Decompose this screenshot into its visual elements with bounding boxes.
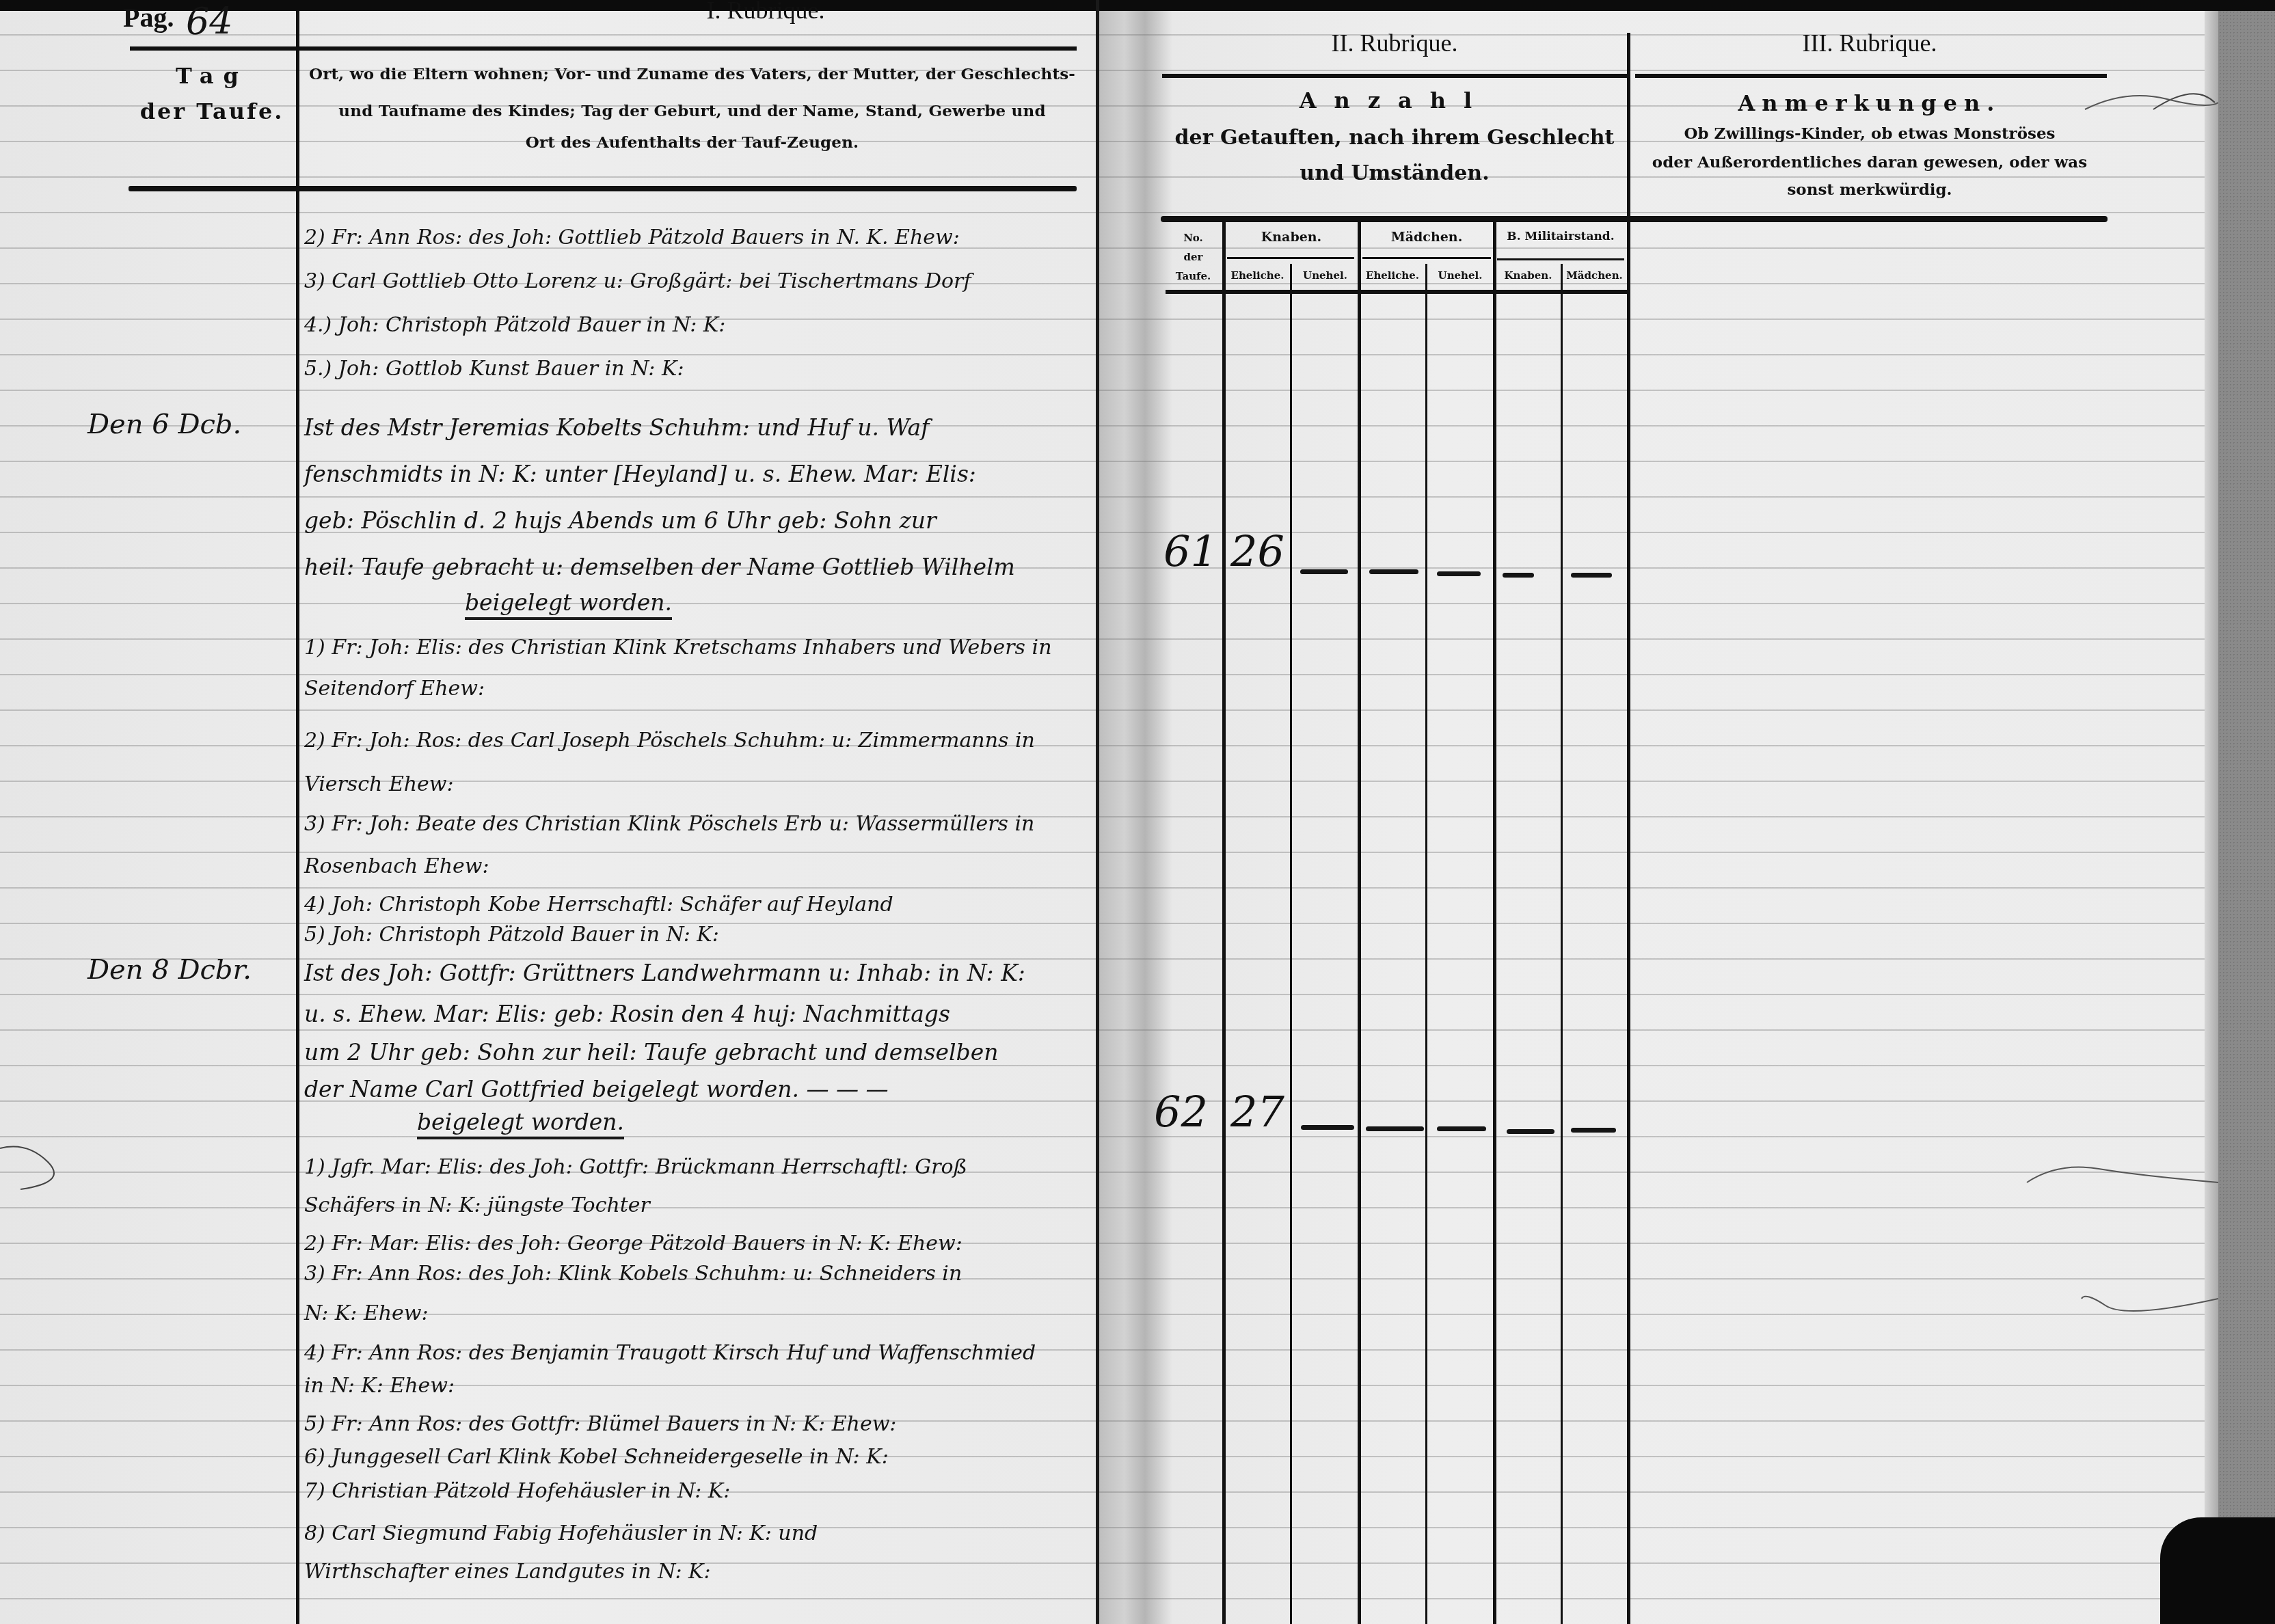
carryover-witness: 2) Fr: Ann Ros: des Joh: Gottlieb Pätzol… <box>304 226 960 249</box>
no-header: No. der Taufe. <box>1164 228 1222 286</box>
carryover-witness: 4.) Joh: Christoph Pätzold Bauer in N: K… <box>304 313 725 337</box>
top-dark-band <box>0 0 2275 11</box>
entry-62-witness: 4) Fr: Ann Ros: des Benjamin Traugott Ki… <box>304 1341 1036 1365</box>
entry-61-line: beigelegt worden. <box>465 589 672 620</box>
table-col-rule <box>1290 264 1292 1624</box>
table-col-rule <box>1222 220 1226 1624</box>
tally-62-maedchen-unehel <box>1437 1126 1486 1131</box>
tally-61-no: 61 <box>1163 526 1217 576</box>
entry-62-date: Den 8 Dcbr. <box>87 954 252 986</box>
no-header-line: Taufe. <box>1164 267 1222 286</box>
tally-61-knaben-ehel: 26 <box>1230 526 1284 576</box>
book-binding <box>2218 0 2275 1624</box>
entry-62-line: beigelegt worden. <box>417 1109 624 1139</box>
knaben-ehel-header: Eheliche. <box>1224 269 1291 282</box>
entry-62-witness: 2) Fr: Mar: Elis: des Joh: George Pätzol… <box>304 1232 962 1256</box>
entry-62-witness: 8) Carl Siegmund Fabig Hofehäusler in N:… <box>304 1521 818 1545</box>
tally-62-knaben-ehel: 27 <box>1230 1087 1284 1137</box>
tally-61-maedchen-ehel <box>1369 569 1418 574</box>
center-gutter-line <box>1096 0 1099 1624</box>
entry-61-line: fenschmidts in N: K: unter [Heyland] u. … <box>304 461 976 487</box>
date-col-header-line1: Tag <box>130 63 294 89</box>
main-col-header-line1: Ort, wo die Eltern wohnen; Vor- und Zuna… <box>301 59 1083 90</box>
entry-61-witness: 5) Joh: Christoph Pätzold Bauer in N: K: <box>304 923 719 947</box>
entry-61-witness: 1) Fr: Joh: Elis: des Christian Klink Kr… <box>304 636 1051 660</box>
rubrique-2-rule <box>1162 74 1628 78</box>
entry-62-witness: Schäfers in N: K: jüngste Tochter <box>304 1193 650 1217</box>
knaben-sub-rule <box>1227 257 1354 259</box>
mil-maedchen-header: Mädchen. <box>1562 269 1627 282</box>
carryover-witness: 3) Carl Gottlieb Otto Lorenz u: Großgärt… <box>304 269 971 293</box>
entry-62-line: um 2 Uhr geb: Sohn zur heil: Taufe gebra… <box>304 1039 998 1066</box>
main-col-header-line2: und Taufname des Kindes; Tag der Geburt,… <box>301 96 1083 127</box>
table-header-bottom-rule <box>1166 290 1627 294</box>
left-margin-fiber <box>0 1121 82 1203</box>
page-label: Pag. <box>123 1 174 33</box>
table-col-rule <box>1358 220 1361 1624</box>
no-header-line: No. <box>1164 228 1222 247</box>
table-col-rule <box>1561 264 1563 1624</box>
date-column-rule <box>296 11 299 1624</box>
entry-62-witness: 5) Fr: Ann Ros: des Gottfr: Blümel Bauer… <box>304 1412 896 1436</box>
no-header-line: der <box>1164 247 1222 267</box>
page-number: 64 <box>186 0 233 43</box>
entry-62-witness: Wirthschafter eines Landgutes in N: K: <box>304 1560 711 1584</box>
rubrique-separator <box>1627 33 1630 1624</box>
date-col-header-line2: der Taufe. <box>130 98 294 124</box>
header-top-rule <box>130 46 1077 51</box>
entry-61-witness: 3) Fr: Joh: Beate des Christian Klink Pö… <box>304 812 1034 836</box>
tally-61-knaben-unehel <box>1300 569 1348 574</box>
table-col-rule <box>1425 264 1427 1624</box>
rubrique-2-title: II. Rubrique. <box>1162 29 1627 57</box>
right-header-bottom-rule <box>1161 216 2108 222</box>
entry-61-witness: Viersch Ehew: <box>304 772 454 796</box>
entry-62-witness: N: K: Ehew: <box>304 1301 429 1325</box>
entry-62-witness: 7) Christian Pätzold Hofehäusler in N: K… <box>304 1479 730 1503</box>
stray-fiber-marks <box>2017 0 2218 1624</box>
entry-62-line: u. s. Ehew. Mar: Elis: geb: Rosin den 4 … <box>304 1001 950 1027</box>
knaben-unehel-header: Unehel. <box>1291 269 1359 282</box>
header-bottom-rule <box>129 186 1077 191</box>
entry-61-witness: Seitendorf Ehew: <box>304 677 485 701</box>
tally-62-no: 62 <box>1154 1087 1208 1137</box>
tally-62-mil-knaben <box>1507 1129 1554 1134</box>
maedchen-ehel-header: Eheliche. <box>1359 269 1426 282</box>
entry-62-witness: 1) Jgfr. Mar: Elis: des Joh: Gottfr: Brü… <box>304 1155 967 1179</box>
militair-sub-rule <box>1497 258 1624 260</box>
main-col-header-line3: Ort des Aufenthalts der Tauf-Zeugen. <box>301 127 1083 159</box>
entry-61-line: heil: Taufe gebracht u: demselben der Na… <box>304 554 1015 580</box>
maedchen-header: Mädchen. <box>1359 230 1494 245</box>
militair-header: B. Militairstand. <box>1494 230 1627 243</box>
table-col-rule <box>1493 220 1496 1624</box>
tally-62-knaben-unehel <box>1301 1125 1354 1130</box>
entry-62-witness: 3) Fr: Ann Ros: des Joh: Klink Kobels Sc… <box>304 1262 962 1286</box>
tally-62-mil-maedchen <box>1571 1128 1616 1133</box>
entry-61-line: geb: Pöschlin d. 2 hujs Abends um 6 Uhr … <box>304 507 937 534</box>
entry-61-witness: 2) Fr: Joh: Ros: des Carl Joseph Pöschel… <box>304 729 1035 753</box>
maedchen-unehel-header: Unehel. <box>1426 269 1494 282</box>
maedchen-sub-rule <box>1362 257 1491 259</box>
entry-61-witness: 4) Joh: Christoph Kobe Herrschaftl: Schä… <box>304 893 893 917</box>
entry-61-line: Ist des Mstr Jeremias Kobelts Schuhm: un… <box>304 414 929 441</box>
rubrique-2-subheading: und Umständen. <box>1162 161 1627 185</box>
knaben-header: Knaben. <box>1224 230 1359 245</box>
entry-62-line: der Name Carl Gottfried beigelegt worden… <box>304 1076 889 1102</box>
carryover-witness: 5.) Joh: Gottlob Kunst Bauer in N: K: <box>304 357 684 381</box>
rubrique-1-title: I. Rubrique. <box>588 0 943 25</box>
entry-62-witness: in N: K: Ehew: <box>304 1374 455 1398</box>
mil-knaben-header: Knaben. <box>1494 269 1562 282</box>
entry-61-date: Den 6 Dcb. <box>87 409 241 440</box>
entry-62-witness: 6) Junggesell Carl Klink Kobel Schneider… <box>304 1445 889 1469</box>
rubrique-2-heading: Anzahl <box>1162 87 1627 113</box>
tally-61-maedchen-unehel <box>1437 571 1481 576</box>
tally-62-maedchen-ehel <box>1366 1126 1424 1131</box>
entry-61-witness: Rosenbach Ehew: <box>304 854 489 878</box>
entry-62-line: Ist des Joh: Gottfr: Grüttners Landwehrm… <box>304 960 1025 986</box>
tally-61-mil-knaben <box>1503 573 1534 578</box>
tally-61-mil-maedchen <box>1571 573 1612 578</box>
rubrique-2-subheading: der Getauften, nach ihrem Geschlecht <box>1162 126 1627 150</box>
